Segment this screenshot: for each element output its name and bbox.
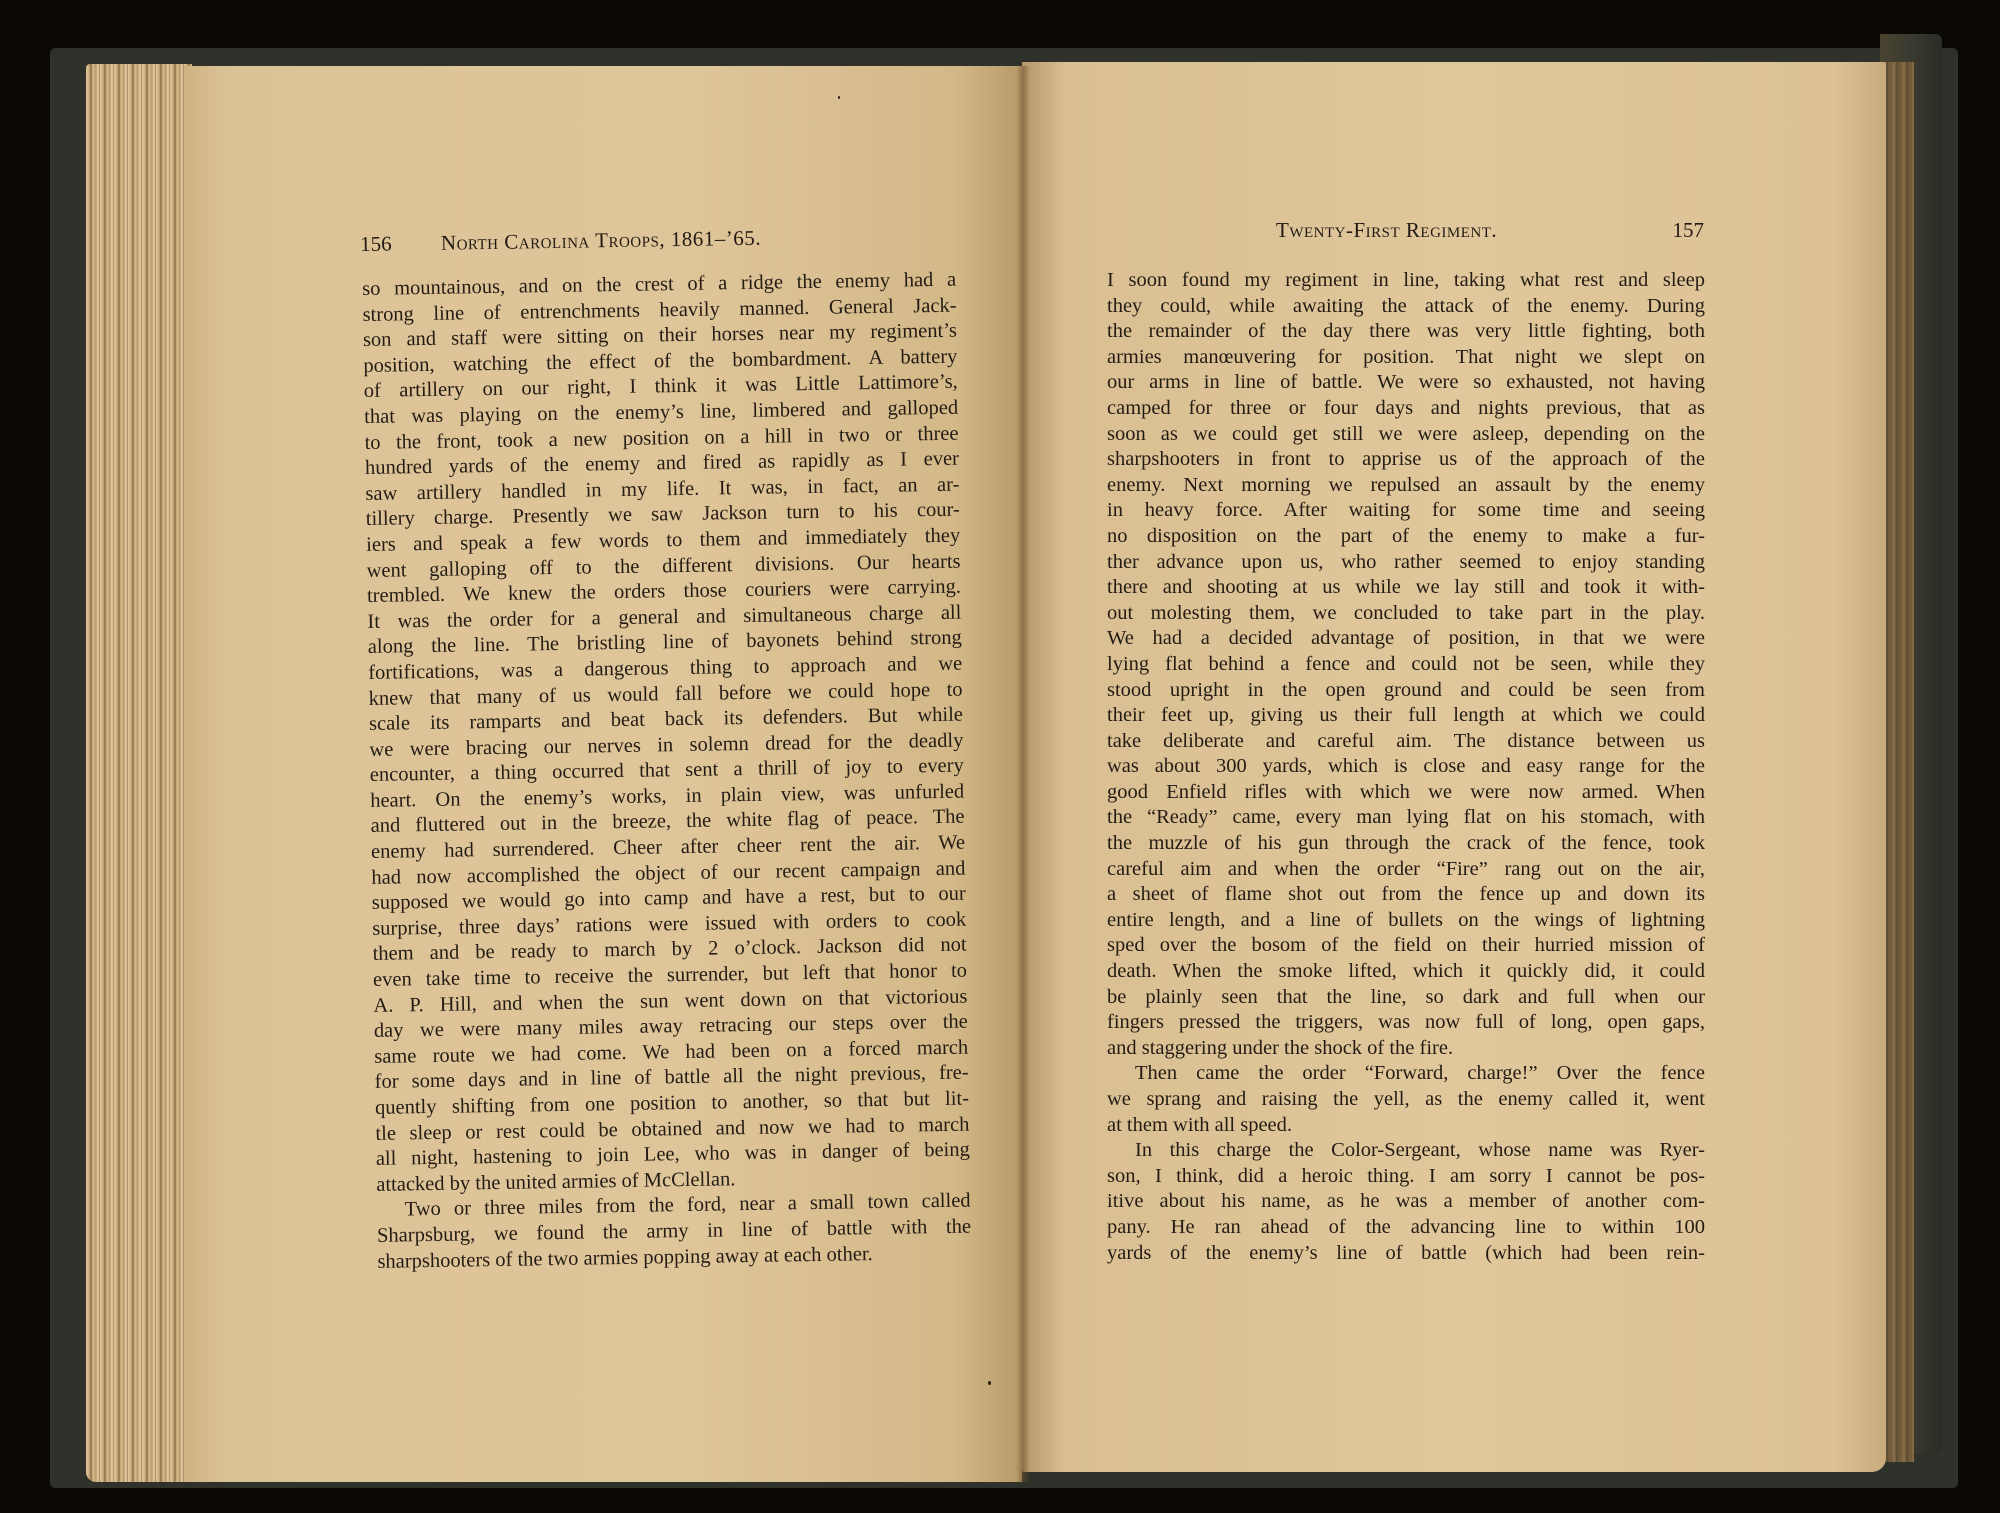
text-line: son, I think, did a heroic thing. I am s… xyxy=(1107,1164,1705,1190)
page-number-left: 156 xyxy=(360,232,392,256)
page-edges-left xyxy=(86,64,192,1482)
text-line: sharpshooters in front to apprise us of … xyxy=(1107,447,1705,473)
text-line: be plainly seen that the line, so dark a… xyxy=(1107,985,1705,1011)
text-line: ther advance upon us, who rather seemed … xyxy=(1107,550,1705,576)
running-head-title-left: North Carolina Troops, 1861–’65. xyxy=(441,226,761,255)
right-page-body: I soon found my regiment in line, taking… xyxy=(1107,268,1705,1266)
text-line: there and shooting at us while we lay st… xyxy=(1107,575,1705,601)
text-line: our arms in line of battle. We were so e… xyxy=(1107,370,1705,396)
text-line: In this charge the Color-Sergeant, whose… xyxy=(1107,1138,1705,1164)
text-line: the remainder of the day there was very … xyxy=(1107,319,1705,345)
text-line: in heavy force. After waiting for some t… xyxy=(1107,498,1705,524)
text-line: a sheet of flame shot out from the fence… xyxy=(1107,882,1705,908)
text-line: death. When the smoke lifted, which it q… xyxy=(1107,959,1705,985)
text-line: yards of the enemy’s line of battle (whi… xyxy=(1107,1241,1705,1267)
text-line: we sprang and raising the yell, as the e… xyxy=(1107,1087,1705,1113)
text-line: fingers pressed the triggers, was now fu… xyxy=(1107,1010,1705,1036)
text-line: I soon found my regiment in line, taking… xyxy=(1107,268,1705,294)
text-line: careful aim and when the order “Fire” ra… xyxy=(1107,857,1705,883)
text-line: Then came the order “Forward, charge!” O… xyxy=(1107,1061,1705,1087)
page-number-right: 157 xyxy=(1673,218,1705,243)
text-line: itive about his name, as he was a member… xyxy=(1107,1189,1705,1215)
text-line: enemy. Next morning we repulsed an assau… xyxy=(1107,473,1705,499)
text-line: lying flat behind a fence and could not … xyxy=(1107,652,1705,678)
left-page-body: so mountainous, and on the crest of a ri… xyxy=(362,268,972,1275)
text-line: and staggering under the shock of the fi… xyxy=(1107,1036,1705,1062)
text-line: their feet up, giving us their full leng… xyxy=(1107,703,1705,729)
text-line: sped over the bosom of the field on thei… xyxy=(1107,933,1705,959)
text-line: good Enfield rifles with which we were n… xyxy=(1107,780,1705,806)
running-head-title-right: Twenty-First Regiment. xyxy=(1276,218,1497,242)
text-line: no disposition on the part of the enemy … xyxy=(1107,524,1705,550)
text-line: We had a decided advantage of position, … xyxy=(1107,626,1705,652)
book-gutter xyxy=(1016,66,1030,1482)
text-line: take deliberate and careful aim. The dis… xyxy=(1107,729,1705,755)
text-line: entire length, and a line of bullets on … xyxy=(1107,908,1705,934)
text-line: at them with all speed. xyxy=(1107,1113,1705,1139)
paper-speck xyxy=(988,1381,991,1385)
text-line: out molesting them, we concluded to take… xyxy=(1107,601,1705,627)
right-running-head: Twenty-First Regiment. 157 xyxy=(1276,218,1704,243)
text-line: was about 300 yards, which is close and … xyxy=(1107,754,1705,780)
text-line: pany. He ran ahead of the advancing line… xyxy=(1107,1215,1705,1241)
text-line: stood upright in the open ground and cou… xyxy=(1107,678,1705,704)
text-line: the “Ready” came, every man lying flat o… xyxy=(1107,805,1705,831)
text-line: the muzzle of his gun through the crack … xyxy=(1107,831,1705,857)
text-line: camped for three or four days and nights… xyxy=(1107,396,1705,422)
paper-speck xyxy=(838,96,840,99)
text-line: armies manœuvering for position. That ni… xyxy=(1107,345,1705,371)
text-line: soon as we could get still we were aslee… xyxy=(1107,422,1705,448)
text-line: they could, while awaiting the attack of… xyxy=(1107,294,1705,320)
